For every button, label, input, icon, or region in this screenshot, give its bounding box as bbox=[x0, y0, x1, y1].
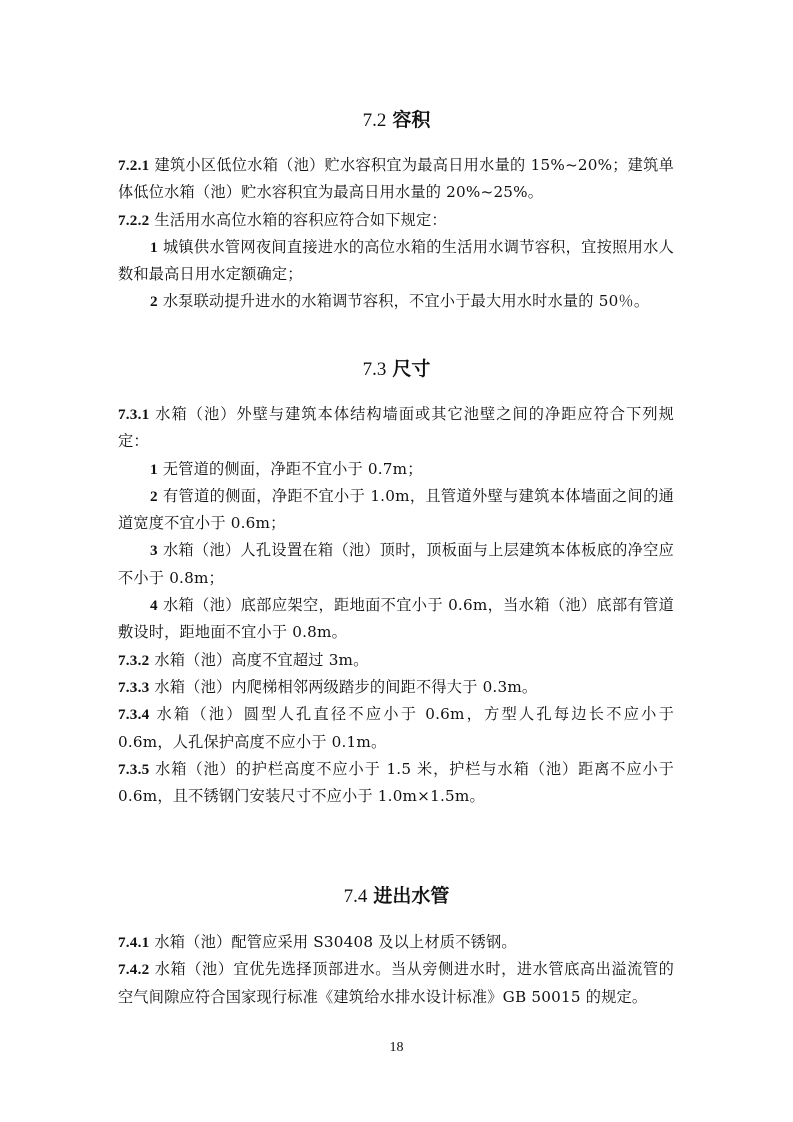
clause-text: 水箱（池）高度不宜超过 3m。 bbox=[154, 651, 368, 669]
clause-7-4-2: 7.4.2 水箱（池）宜优先选择顶部进水。当从旁侧进水时，进水管底高出溢流管的空… bbox=[118, 956, 674, 1011]
clause-7-3-5: 7.3.5 水箱（池）的护栏高度不应小于 1.5 米，护栏与水箱（池）距离不应小… bbox=[118, 756, 674, 811]
clause-7-3-1: 7.3.1 水箱（池）外壁与建筑本体结构墙面或其它池壁之间的净距应符合下列规定： bbox=[118, 401, 674, 456]
clause-number: 7.3.2 bbox=[118, 652, 149, 669]
clause-number: 7.4.1 bbox=[118, 934, 149, 951]
clause-number: 7.4.2 bbox=[118, 961, 149, 978]
clause-7-3-1-item-4: 4 水箱（池）底部应架空，距地面不宜小于 0.6m，当水箱（池）底部有管道敷设时… bbox=[118, 592, 674, 647]
clause-text: 水箱（池）外壁与建筑本体结构墙面或其它池壁之间的净距应符合下列规定： bbox=[118, 405, 674, 450]
clause-number: 7.3.4 bbox=[118, 706, 149, 723]
clause-7-3-3: 7.3.3 水箱（池）内爬梯相邻两级踏步的间距不得大于 0.3m。 bbox=[118, 674, 674, 701]
item-number: 4 bbox=[150, 597, 158, 614]
section-number: 7.4 bbox=[344, 886, 368, 907]
section-number: 7.3 bbox=[363, 359, 387, 380]
clause-7-3-1-item-1: 1 无管道的侧面，净距不宜小于 0.7m； bbox=[118, 456, 674, 483]
clause-7-3-1-item-3: 3 水箱（池）人孔设置在箱（池）顶时，顶板面与上层建筑本体板底的净空应不小于 0… bbox=[118, 537, 674, 592]
clause-text: 水箱（池）宜优先选择顶部进水。当从旁侧进水时，进水管底高出溢流管的空气间隙应符合… bbox=[118, 960, 674, 1005]
section-heading-7-4: 7.4 进出水管 bbox=[0, 884, 793, 909]
item-text: 无管道的侧面，净距不宜小于 0.7m； bbox=[163, 460, 423, 478]
clause-text: 水箱（池）圆型人孔直径不应小于 0.6m，方型人孔每边长不应小于 0.6m，人孔… bbox=[118, 705, 674, 750]
clause-number: 7.3.1 bbox=[118, 406, 149, 423]
section-body-7-2: 7.2.1 建筑小区低位水箱（池）贮水容积宜为最高日用水量的 15%~20%；建… bbox=[118, 152, 674, 316]
section-heading-7-3: 7.3 尺寸 bbox=[0, 357, 793, 382]
clause-7-3-2: 7.3.2 水箱（池）高度不宜超过 3m。 bbox=[118, 647, 674, 674]
clause-number: 7.3.5 bbox=[118, 761, 149, 778]
item-number: 2 bbox=[150, 488, 158, 505]
section-title: 进出水管 bbox=[373, 885, 449, 907]
section-number: 7.2 bbox=[363, 110, 387, 131]
item-number: 1 bbox=[150, 239, 158, 256]
clause-text: 水箱（池）内爬梯相邻两级踏步的间距不得大于 0.3m。 bbox=[154, 678, 537, 696]
section-title: 尺寸 bbox=[392, 358, 430, 380]
section-body-7-3: 7.3.1 水箱（池）外壁与建筑本体结构墙面或其它池壁之间的净距应符合下列规定：… bbox=[118, 401, 674, 810]
item-number: 3 bbox=[150, 542, 158, 559]
clause-7-2-2-item-2: 2 水泵联动提升进水的水箱调节容积，不宜小于最大用水时水量的 50％。 bbox=[118, 288, 674, 315]
clause-7-2-2: 7.2.2 生活用水高位水箱的容积应符合如下规定： bbox=[118, 207, 674, 234]
item-text: 水泵联动提升进水的水箱调节容积，不宜小于最大用水时水量的 50％。 bbox=[163, 292, 649, 310]
clause-text: 生活用水高位水箱的容积应符合如下规定： bbox=[154, 211, 446, 229]
section-title: 容积 bbox=[392, 109, 430, 131]
clause-text: 水箱（池）配管应采用 S30408 及以上材质不锈钢。 bbox=[154, 933, 516, 951]
clause-7-3-1-item-2: 2 有管道的侧面，净距不宜小于 1.0m，且管道外壁与建筑本体墙面之间的通道宽度… bbox=[118, 483, 674, 538]
clause-7-3-4: 7.3.4 水箱（池）圆型人孔直径不应小于 0.6m，方型人孔每边长不应小于 0… bbox=[118, 701, 674, 756]
clause-text: 水箱（池）的护栏高度不应小于 1.5 米，护栏与水箱（池）距离不应小于 0.6m… bbox=[118, 760, 674, 805]
clause-number: 7.3.3 bbox=[118, 679, 149, 696]
item-text: 水箱（池）人孔设置在箱（池）顶时，顶板面与上层建筑本体板底的净空应不小于 0.8… bbox=[118, 541, 674, 586]
clause-7-2-1: 7.2.1 建筑小区低位水箱（池）贮水容积宜为最高日用水量的 15%~20%；建… bbox=[118, 152, 674, 207]
item-text: 水箱（池）底部应架空，距地面不宜小于 0.6m，当水箱（池）底部有管道敷设时，距… bbox=[118, 596, 674, 641]
clause-7-4-1: 7.4.1 水箱（池）配管应采用 S30408 及以上材质不锈钢。 bbox=[118, 929, 674, 956]
item-text: 城镇供水管网夜间直接进水的高位水箱的生活用水调节容积，宜按照用水人数和最高日用水… bbox=[118, 238, 674, 283]
section-body-7-4: 7.4.1 水箱（池）配管应采用 S30408 及以上材质不锈钢。 7.4.2 … bbox=[118, 929, 674, 1011]
clause-number: 7.2.1 bbox=[118, 157, 149, 174]
clause-number: 7.2.2 bbox=[118, 212, 149, 229]
section-heading-7-2: 7.2 容积 bbox=[0, 108, 793, 133]
clause-text: 建筑小区低位水箱（池）贮水容积宜为最高日用水量的 15%~20%；建筑单体低位水… bbox=[118, 156, 674, 201]
clause-7-2-2-item-1: 1 城镇供水管网夜间直接进水的高位水箱的生活用水调节容积，宜按照用水人数和最高日… bbox=[118, 234, 674, 289]
page-number: 18 bbox=[0, 1040, 793, 1056]
item-number: 1 bbox=[150, 461, 158, 478]
document-page: 7.2 容积 7.2.1 建筑小区低位水箱（池）贮水容积宜为最高日用水量的 15… bbox=[0, 0, 793, 1122]
item-text: 有管道的侧面，净距不宜小于 1.0m，且管道外壁与建筑本体墙面之间的通道宽度不宜… bbox=[118, 487, 674, 532]
item-number: 2 bbox=[150, 293, 158, 310]
